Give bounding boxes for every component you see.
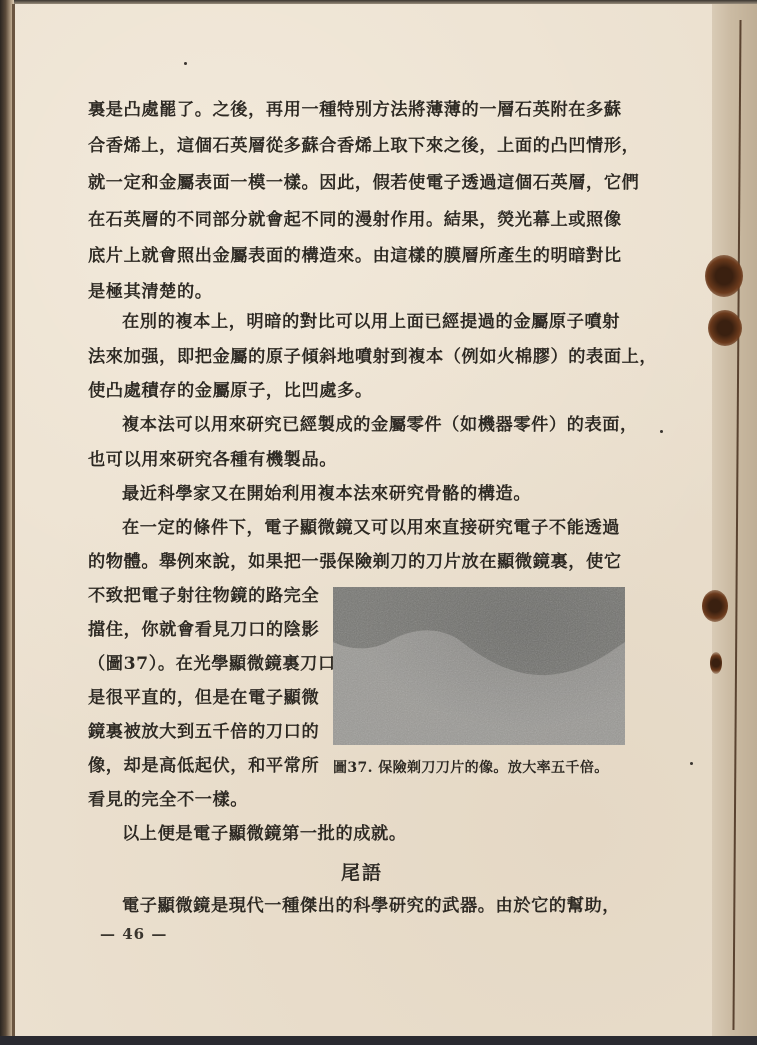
scan-bottom-edge <box>0 1036 757 1045</box>
ink-stain <box>710 652 722 674</box>
speck <box>184 62 187 65</box>
razor-edge-shadow-icon <box>333 587 625 745</box>
text-line: 複本法可以用來研究已經製成的金屬零件（如機器零件）的表面， <box>122 413 638 437</box>
ink-stain <box>705 255 743 297</box>
figure-caption: 圖37. 保險剃刀刀片的像。放大率五千倍。 <box>333 757 609 777</box>
text-line: （圖37）。在光學顯微鏡裏刀口 <box>88 652 328 676</box>
text-line: 以上便是電子顯微鏡第一批的成就。 <box>122 822 407 846</box>
text-line: 電子顯微鏡是現代一種傑出的科學研究的武器。由於它的幫助， <box>122 894 620 918</box>
text-line: 底片上就會照出金屬表面的構造來。由這樣的膜層所產生的明暗對比 <box>88 244 622 268</box>
text-line: 最近科學家又在開始利用複本法來研究骨骼的構造。 <box>122 482 531 506</box>
figure-37-micrograph <box>333 587 625 745</box>
text-line: 擋住，你就會看見刀口的陰影 <box>88 618 328 642</box>
section-heading: 尾語 <box>88 858 636 885</box>
page-number: — 46 — <box>100 925 167 943</box>
text-line: 是極其清楚的。 <box>88 280 213 304</box>
text-line: 是很平直的，但是在電子顯微 <box>88 686 328 710</box>
text-line: 在一定的條件下，電子顯微鏡又可以用來直接研究電子不能透過 <box>122 516 620 540</box>
ink-stain <box>708 310 742 346</box>
ink-stain <box>702 590 728 622</box>
speck <box>660 430 663 433</box>
text-line: 也可以用來研究各種有機製品。 <box>88 448 337 472</box>
text-line: 像，却是高低起伏，和平常所 <box>88 754 328 778</box>
text-line: 在石英層的不同部分就會起不同的漫射作用。結果，熒光幕上或照像 <box>88 208 622 232</box>
text-line: 看見的完全不一樣。 <box>88 788 328 812</box>
text-line: 使凸處積存的金屬原子，比凹處多。 <box>88 379 373 403</box>
text-line: 在別的複本上，明暗的對比可以用上面已經提過的金屬原子噴射 <box>122 310 620 334</box>
text-line: 的物體。舉例來說，如果把一張保險剃刀的刀片放在顯微鏡裏，使它 <box>88 550 622 574</box>
speck <box>690 762 693 765</box>
text-line: 就一定和金屬表面一模一樣。因此，假若使電子透過這個石英層，它們 <box>88 171 639 195</box>
text-line: 法來加强，即把金屬的原子傾斜地噴射到複本（例如火棉膠）的表面上， <box>88 345 657 369</box>
text-line: 鏡裏被放大到五千倍的刀口的 <box>88 720 328 744</box>
text-line: 裏是凸處罷了。之後，再用一種特別方法將薄薄的一層石英附在多蘇 <box>88 98 622 122</box>
text-line: 不致把電子射往物鏡的路完全 <box>88 584 328 608</box>
text-line: 合香烯上，這個石英層從多蘇合香烯上取下來之後，上面的凸凹情形， <box>88 134 639 158</box>
